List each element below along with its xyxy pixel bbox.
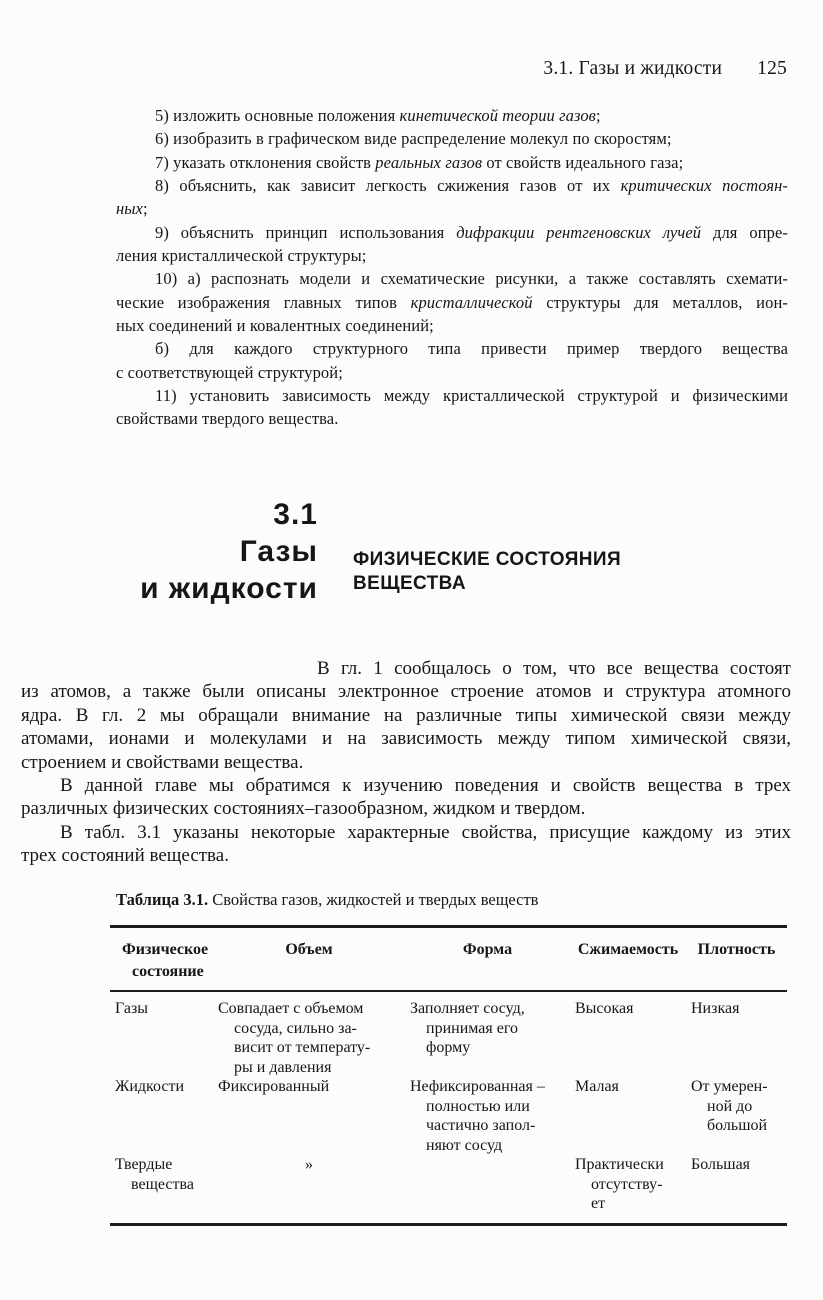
- text-segment: от свойств идеального газа;: [482, 153, 683, 172]
- table-row: ГазыСовпадает с объемомсосуда, сильно за…: [110, 999, 787, 1077]
- cell-line: Большая: [691, 1155, 787, 1175]
- table-cell: Нефиксированная –полностью иличастично з…: [405, 1077, 570, 1155]
- header-line: Объем: [213, 939, 405, 961]
- text-segment: ления кристаллической структуры;: [116, 246, 366, 265]
- header-line: Форма: [405, 939, 570, 961]
- header-line: Плотность: [686, 939, 787, 961]
- chapter-heading: 3.1Газыи жидкости: [140, 496, 318, 607]
- section-side-heading: ФИЗИЧЕСКИЕ СОСТОЯНИЯВЕЩЕСТВА: [353, 548, 621, 596]
- text-segment: ных соединений и ковалентных соединений;: [116, 316, 434, 335]
- cell-line: вещества: [115, 1175, 213, 1195]
- italic-segment: реальных газов: [375, 153, 482, 172]
- text-segment: строением и свойствами вещества.: [21, 752, 303, 773]
- cell-line: принимая его: [410, 1019, 570, 1039]
- cell-line: Твердые: [115, 1155, 213, 1175]
- objective-line: 8) объяснить, как зависит легкость сжиже…: [116, 174, 788, 197]
- cell-line: Малая: [575, 1077, 686, 1097]
- text-segment: Газы: [240, 535, 318, 568]
- text-segment: с соответствующей структурой;: [116, 363, 343, 382]
- text-segment: структуры для металлов, ион-: [533, 293, 788, 312]
- table-row: ЖидкостиФиксированныйНефиксированная –по…: [110, 1077, 787, 1155]
- objective-line: 10) а) распознать модели и схематические…: [116, 267, 788, 290]
- text-segment: и жидкости: [140, 572, 318, 605]
- text-segment: 9) объяснить принцип использования: [155, 223, 456, 242]
- table-cell: Малая: [570, 1077, 686, 1097]
- paragraph-line: строением и свойствами вещества.: [21, 751, 791, 774]
- cell-line: ет: [575, 1194, 686, 1214]
- cell-line: Нефиксированная –: [410, 1077, 570, 1097]
- table-caption-label: Таблица 3.1.: [116, 890, 208, 909]
- cell-line: Фиксированный: [218, 1077, 405, 1097]
- table-cell: Жидкости: [110, 1077, 213, 1097]
- objective-line: б) для каждого структурного типа привест…: [116, 337, 788, 360]
- text-segment: трех состояний вещества.: [21, 845, 229, 866]
- table-cell: От умерен-ной добольшой: [686, 1077, 787, 1136]
- cell-line: частично запол-: [410, 1116, 570, 1136]
- table-caption: Таблица 3.1. Свойства газов, жидкостей и…: [116, 889, 538, 910]
- cell-line: Совпадает с объемом: [218, 999, 405, 1019]
- cell-line: сосуда, сильно за-: [218, 1019, 405, 1039]
- text-segment: ВЕЩЕСТВА: [353, 573, 466, 594]
- text-segment: 11) установить зависимость между кристал…: [155, 386, 788, 405]
- objective-line: ных соединений и ковалентных соединений;: [116, 314, 788, 337]
- paragraph-line: из атомов, а также были описаны электрон…: [21, 680, 791, 703]
- table-header-cell: Форма: [405, 939, 570, 983]
- text-segment: ядра. В гл. 2 мы обращали внимание на ра…: [21, 705, 791, 726]
- side-heading-line: ФИЗИЧЕСКИЕ СОСТОЯНИЯ: [353, 548, 621, 572]
- cell-line: большой: [691, 1116, 787, 1136]
- header-line: Сжимаемость: [570, 939, 686, 961]
- text-segment: 10) а) распознать модели и схематические…: [155, 269, 788, 288]
- cell-line: Высокая: [575, 999, 686, 1019]
- italic-segment: кристаллической: [411, 293, 533, 312]
- cell-line: Заполняет сосуд,: [410, 999, 570, 1019]
- paragraph-line: различных физических состояниях–газообра…: [21, 797, 791, 820]
- italic-segment: критических постоян-: [621, 176, 788, 195]
- text-segment: 3.1: [273, 498, 318, 531]
- paragraph-line: В данной главе мы обратимся к изучению п…: [21, 774, 791, 797]
- italic-segment: кинетической теории газов: [400, 106, 596, 125]
- running-header: 3.1. Газы и жидкости 125: [543, 57, 787, 81]
- table-cell: »: [213, 1155, 405, 1175]
- cell-line: Газы: [115, 999, 213, 1019]
- properties-table: ФизическоесостояниеОбъемФормаСжимаемость…: [110, 925, 787, 1226]
- objective-line: 6) изобразить в графическом виде распред…: [116, 127, 788, 150]
- text-segment: ;: [596, 106, 601, 125]
- text-segment: 7) указать отклонения свойств: [155, 153, 375, 172]
- text-segment: ;: [143, 199, 148, 218]
- table-row: Твердыевещества»Практическиотсутству-етБ…: [110, 1155, 787, 1214]
- italic-segment: дифракции рентгеновских лучей: [456, 223, 701, 242]
- text-segment: атомами, ионами и молекулами и на зависи…: [21, 728, 791, 749]
- table-cell: Фиксированный: [213, 1077, 405, 1097]
- cell-line: няют сосуд: [410, 1136, 570, 1156]
- table-header-row: ФизическоесостояниеОбъемФормаСжимаемость…: [110, 928, 787, 990]
- cell-line: От умерен-: [691, 1077, 787, 1097]
- chapter-heading-line: 3.1: [140, 496, 318, 533]
- page-number: 125: [757, 57, 787, 81]
- text-segment: В табл. 3.1 указаны некоторые характерны…: [60, 822, 791, 843]
- objective-line: 5) изложить основные положения кинетичес…: [116, 104, 788, 127]
- cell-line: Низкая: [691, 999, 787, 1019]
- text-segment: свойствами твердого вещества.: [116, 409, 338, 428]
- table-cell: Большая: [686, 1155, 787, 1175]
- header-line: состояние: [122, 961, 213, 983]
- objective-line: с соответствующей структурой;: [116, 361, 788, 384]
- chapter-heading-line: и жидкости: [140, 570, 318, 607]
- cell-line: Жидкости: [115, 1077, 213, 1097]
- side-heading-line: ВЕЩЕСТВА: [353, 572, 621, 596]
- table-header-cell: Объем: [213, 939, 405, 983]
- paragraph-line: атомами, ионами и молекулами и на зависи…: [21, 727, 791, 750]
- text-segment: различных физических состояниях–газообра…: [21, 798, 585, 819]
- cell-line: отсутству-: [575, 1175, 686, 1195]
- text-segment: В гл. 1 сообщалось о том, что все вещест…: [317, 658, 791, 679]
- objective-line: ческие изображения главных типов кристал…: [116, 291, 788, 314]
- table-cell: Газы: [110, 999, 213, 1019]
- chapter-heading-line: Газы: [140, 533, 318, 570]
- table-cell: Низкая: [686, 999, 787, 1019]
- header-line: Физическое: [122, 939, 213, 961]
- cell-line: Практически: [575, 1155, 686, 1175]
- page: 3.1. Газы и жидкости 125 5) изложить осн…: [0, 0, 823, 1300]
- objective-line: 9) объяснить принцип использования дифра…: [116, 221, 788, 244]
- objective-line: 11) установить зависимость между кристал…: [116, 384, 788, 407]
- table-bottom-rule: [110, 1223, 787, 1226]
- objective-line: ных;: [116, 197, 788, 220]
- cell-line: ры и давления: [218, 1058, 405, 1078]
- objectives-list: 5) изложить основные положения кинетичес…: [116, 104, 788, 431]
- text-segment: В данной главе мы обратимся к изучению п…: [60, 775, 791, 796]
- text-segment: из атомов, а также были описаны электрон…: [21, 681, 791, 702]
- text-segment: ФИЗИЧЕСКИЕ СОСТОЯНИЯ: [353, 549, 621, 570]
- cell-line: полностью или: [410, 1097, 570, 1117]
- table-cell: Практическиотсутству-ет: [570, 1155, 686, 1214]
- table-cell: Заполняет сосуд,принимая егоформу: [405, 999, 570, 1058]
- table-header-cell: Физическоесостояние: [110, 939, 213, 983]
- table-cell: Твердыевещества: [110, 1155, 213, 1194]
- text-segment: 5) изложить основные положения: [155, 106, 400, 125]
- cell-line: форму: [410, 1038, 570, 1058]
- paragraph-line: В гл. 1 сообщалось о том, что все вещест…: [21, 657, 791, 680]
- table-cell: Совпадает с объемомсосуда, сильно за-вис…: [213, 999, 405, 1077]
- intro-paragraphs: В гл. 1 сообщалось о том, что все вещест…: [21, 657, 791, 868]
- table-header-cell: Сжимаемость: [570, 939, 686, 983]
- table-cell: Высокая: [570, 999, 686, 1019]
- text-segment: 8) объяснить, как зависит легкость сжиже…: [155, 176, 621, 195]
- table-caption-text: Свойства газов, жидкостей и твердых веще…: [208, 890, 538, 909]
- table-header-cell: Плотность: [686, 939, 787, 983]
- running-header-title: 3.1. Газы и жидкости: [543, 57, 722, 81]
- table-body: ГазыСовпадает с объемомсосуда, сильно за…: [110, 992, 787, 1223]
- paragraph-line: ядра. В гл. 2 мы обращали внимание на ра…: [21, 704, 791, 727]
- objective-line: 7) указать отклонения свойств реальных г…: [116, 151, 788, 174]
- objective-line: ления кристаллической структуры;: [116, 244, 788, 267]
- cell-line: висит от температу-: [218, 1038, 405, 1058]
- objective-line: свойствами твердого вещества.: [116, 407, 788, 430]
- paragraph-line: В табл. 3.1 указаны некоторые характерны…: [21, 821, 791, 844]
- text-segment: 6) изобразить в графическом виде распред…: [155, 129, 672, 148]
- paragraph-line: трех состояний вещества.: [21, 844, 791, 867]
- text-segment: для опре-: [701, 223, 788, 242]
- cell-line: ной до: [691, 1097, 787, 1117]
- text-segment: ческие изображения главных типов: [116, 293, 411, 312]
- cell-line: »: [213, 1155, 405, 1175]
- text-segment: б) для каждого структурного типа привест…: [155, 339, 788, 358]
- italic-segment: ных: [116, 199, 143, 218]
